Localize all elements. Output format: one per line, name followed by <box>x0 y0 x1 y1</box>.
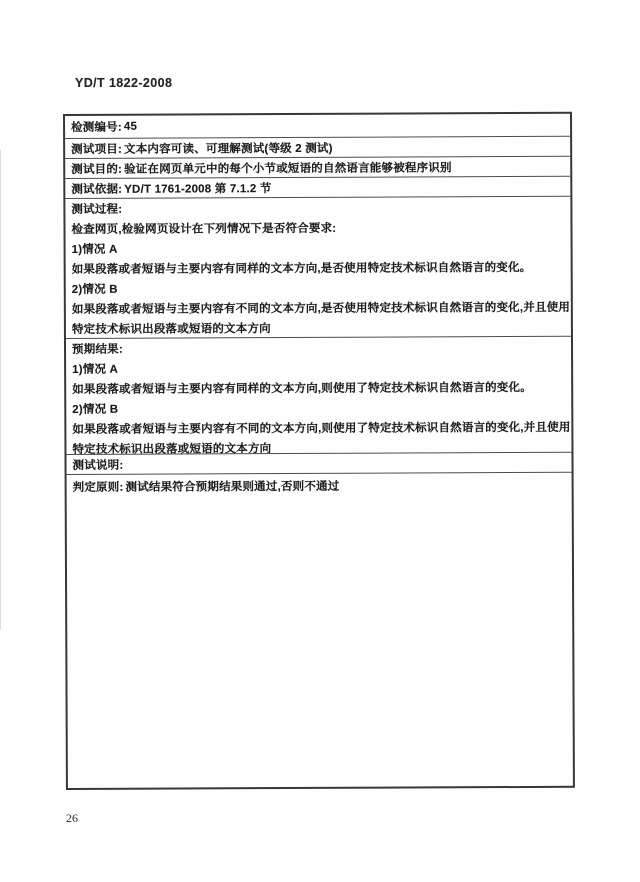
scanned-document-page: YD/T 1822-2008 检测编号: 45 测试项目: 文本内容可读、可理解… <box>0 0 640 882</box>
row-value: YD/T 1761-2008 第 7.1.2 节 <box>124 180 271 197</box>
table-row-test-procedure: 测试过程: 检查网页,检验网页设计在下列情况下是否符合要求: 1)情况 A 如果… <box>65 197 571 339</box>
table-row-test-purpose: 测试目的: 验证在网页单元中的每个小节或短语的自然语言能够被程序识别 <box>65 157 570 179</box>
text-line: 特定技术标识出段落或短语的文本方向 <box>72 318 571 339</box>
text-line: 如果段落或者短语与主要内容有不同的文本方向,是否使用特定技术标识自然语言的变化,… <box>72 298 571 320</box>
table-row-expected-result: 预期结果: 1)情况 A 如果段落或者短语与主要内容有同样的文本方向,则使用了特… <box>66 337 572 455</box>
table-row-test-id: 检测编号: 45 <box>65 114 570 139</box>
row-value: 验证在网页单元中的每个小节或短语的自然语言能够被程序识别 <box>124 159 452 176</box>
text-line: 如果段落或者短语与主要内容有不同的文本方向,则使用了特定技术标识自然语言的变化,… <box>72 418 571 440</box>
text-line: 1)情况 A <box>72 358 571 380</box>
row-value: 测试结果符合预期结果则通过,否则不通过 <box>125 478 339 495</box>
row-value: 45 <box>124 121 137 133</box>
row-label: 测试目的: <box>71 160 122 176</box>
document-code-header: YD/T 1822-2008 <box>75 76 172 90</box>
scan-artifact-line <box>0 150 1 630</box>
row-label: 测试过程: <box>71 198 570 220</box>
row-label: 判定原则: <box>73 479 124 495</box>
text-line: 2)情况 B <box>72 278 571 300</box>
row-label: 检测编号: <box>71 119 122 135</box>
test-spec-table: 检测编号: 45 测试项目: 文本内容可读、可理解测试(等级 2 测试) 测试目… <box>63 112 575 790</box>
table-row-test-basis: 测试依据: YD/T 1761-2008 第 7.1.2 节 <box>65 177 570 199</box>
text-line: 如果段落或者短语与主要内容有同样的文本方向,则使用了特定技术标识自然语言的变化。 <box>72 378 571 400</box>
row-label: 预期结果: <box>72 338 571 360</box>
row-label: 测试项目: <box>71 140 122 156</box>
page-number: 26 <box>66 811 78 826</box>
table-row-test-notes: 测试说明: <box>66 453 571 475</box>
row-value: 文本内容可读、可理解测试(等级 2 测试) <box>124 139 333 156</box>
text-line: 如果段落或者短语与主要内容有同样的文本方向,是否使用特定技术标识自然语言的变化。 <box>72 258 571 280</box>
text-line: 2)情况 B <box>72 398 571 420</box>
table-row-test-item: 测试项目: 文本内容可读、可理解测试(等级 2 测试) <box>65 137 570 159</box>
text-line: 1)情况 A <box>72 238 571 260</box>
table-row-judgment-rule: 判定原则: 测试结果符合预期结果则通过,否则不通过 <box>67 473 573 788</box>
row-label: 测试说明: <box>72 456 123 472</box>
text-line: 检查网页,检验网页设计在下列情况下是否符合要求: <box>71 218 570 240</box>
row-label: 测试依据: <box>71 180 122 196</box>
